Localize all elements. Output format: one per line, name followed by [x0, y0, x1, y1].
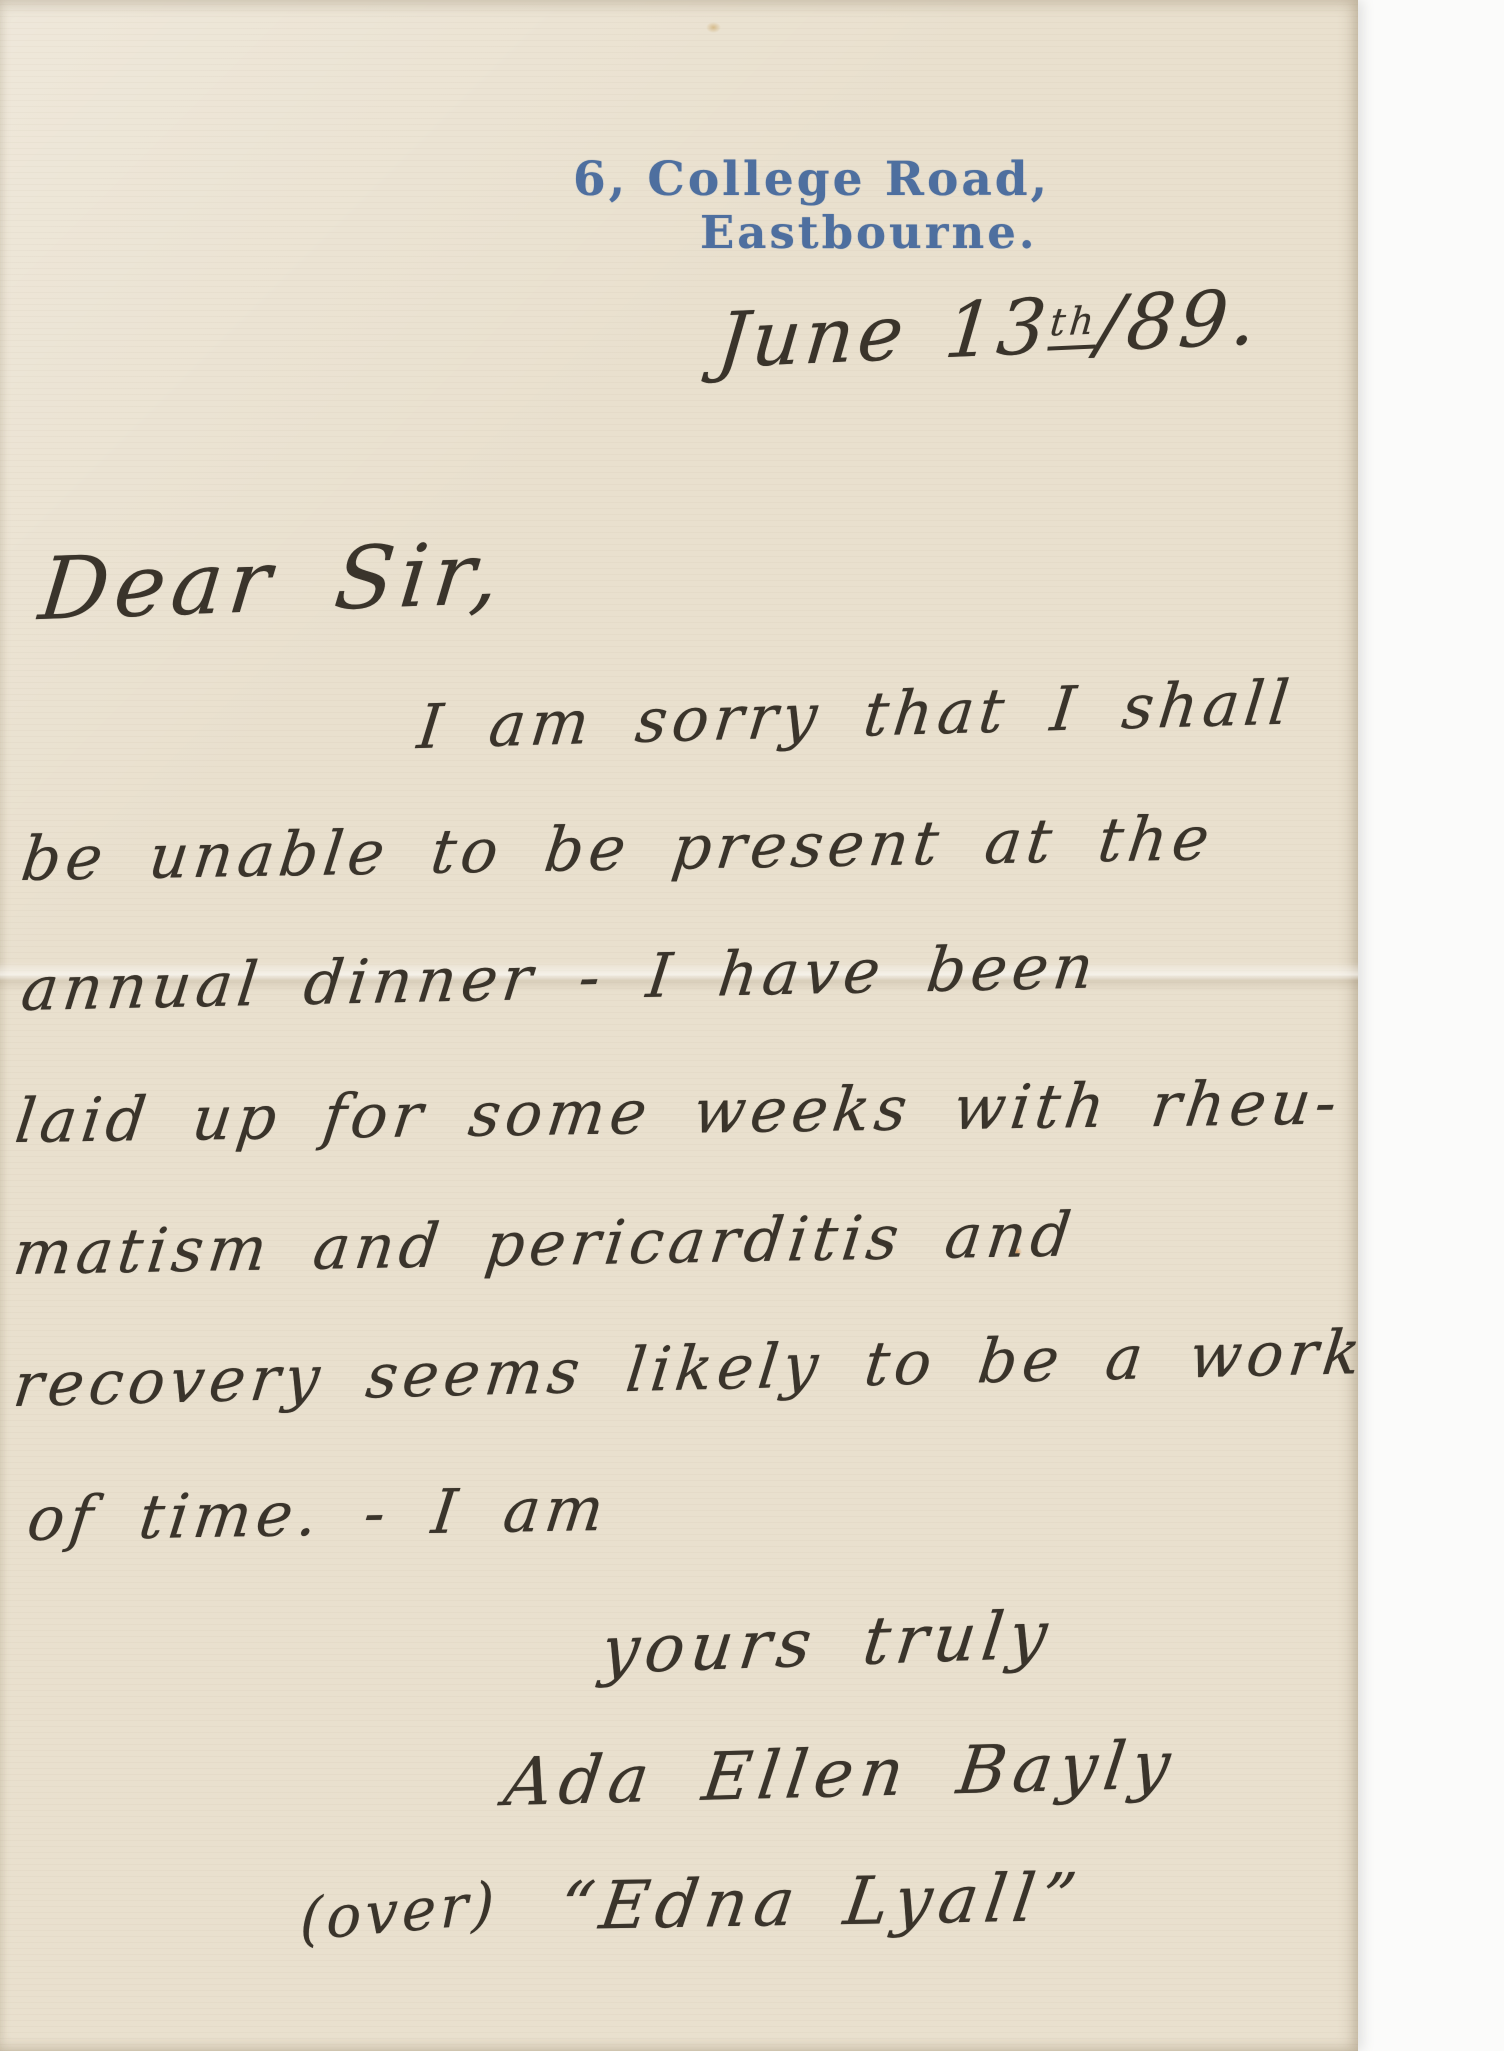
signature-name: Ada Ellen Bayly	[500, 1726, 1182, 1821]
paper-stain	[706, 22, 721, 33]
closing-line: yours truly	[597, 1596, 1057, 1689]
letter-paper: 6, College Road, Eastbourne. June 13th/8…	[0, 0, 1358, 2051]
date-suffix: /89.	[1093, 272, 1264, 369]
date-prefix: June 13	[714, 281, 1055, 385]
body-line: be unable to be present at the	[18, 803, 1218, 895]
salutation: Dear Sir,	[35, 524, 510, 641]
page-over-note: (over)	[299, 1868, 498, 1954]
body-line: of time. - I am	[24, 1474, 613, 1555]
body-line: matism and pericarditis and	[10, 1199, 1080, 1289]
body-line: I am sorry that I shall	[414, 667, 1297, 763]
letterhead-town: Eastbourne.	[700, 206, 1038, 259]
body-line: annual dinner - I have been	[18, 931, 1102, 1025]
date-superscript: th	[1047, 299, 1100, 351]
date-line: June 13th/89.	[714, 272, 1265, 385]
body-line: recovery seems likely to be a work	[10, 1317, 1369, 1421]
letterhead-address: 6, College Road,	[573, 152, 1050, 207]
scanned-letter: 6, College Road, Eastbourne. June 13th/8…	[0, 0, 1504, 2051]
pen-name: “Edna Lyall”	[555, 1859, 1088, 1945]
body-line: laid up for some weeks with rheu-	[12, 1067, 1346, 1157]
